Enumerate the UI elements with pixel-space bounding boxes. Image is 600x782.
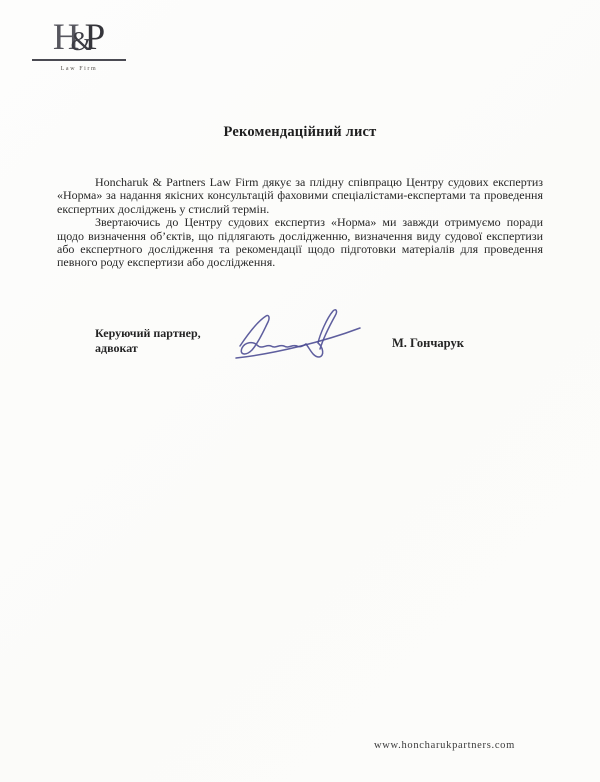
law-firm-logo: H & P Law Firm <box>32 16 126 72</box>
signer-name: М. Гончарук <box>392 336 464 351</box>
website-text: www.honcharukpartners.com <box>374 740 515 751</box>
signer-role: Керуючий партнер, адвокат <box>95 326 201 356</box>
signature-image <box>228 300 368 372</box>
footer: www.honcharukpartners.com <box>374 740 515 751</box>
logo-subtitle: Law Firm <box>32 66 126 72</box>
signer-role-line-1: Керуючий партнер, <box>95 326 201 341</box>
paragraph-2: Звертаючись до Центру судових експертиз … <box>57 216 543 270</box>
letter-page: H & P Law Firm Рекомендаційний лист Honc… <box>0 0 600 782</box>
logo-divider <box>32 59 126 61</box>
paragraph-1: Honcharuk & Partners Law Firm дякує за п… <box>57 176 543 216</box>
logo-monogram: H & P <box>32 16 126 56</box>
letter-title: Рекомендаційний лист <box>0 124 600 141</box>
letter-body: Honcharuk & Partners Law Firm дякує за п… <box>57 176 543 270</box>
signer-role-line-2: адвокат <box>95 341 201 356</box>
logo-ampersand: & <box>71 28 92 55</box>
